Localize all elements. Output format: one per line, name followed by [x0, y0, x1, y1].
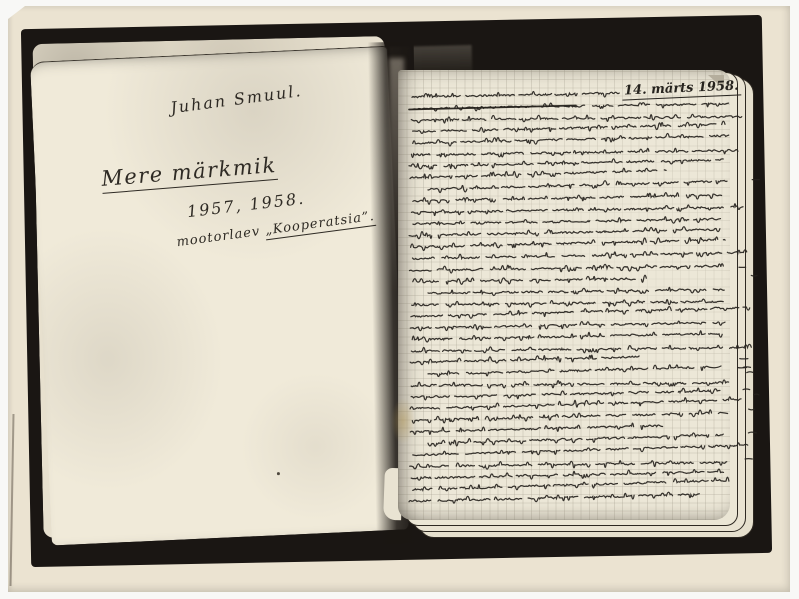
handwriting-svg: [398, 70, 768, 520]
notebook-title: Mere märkmik: [100, 153, 277, 194]
photo-print: Juhan Smuul. Mere märkmik 1957, 1958. mo…: [8, 6, 790, 592]
diary-page: 14. märts 1958.: [398, 70, 730, 520]
scanned-photograph: Juhan Smuul. Mere märkmik 1957, 1958. mo…: [0, 0, 799, 599]
notebook-years: 1957, 1958.: [186, 189, 306, 222]
ink-speck: [277, 472, 280, 475]
author-signature: Juhan Smuul.: [169, 81, 303, 117]
print-edge-line: [9, 414, 14, 586]
vessel-prefix: mootorlaev: [176, 224, 261, 250]
vessel-name: „Kooperatsia”.: [264, 209, 376, 240]
notebook-cover-page: Juhan Smuul. Mere märkmik 1957, 1958. mo…: [30, 46, 410, 546]
